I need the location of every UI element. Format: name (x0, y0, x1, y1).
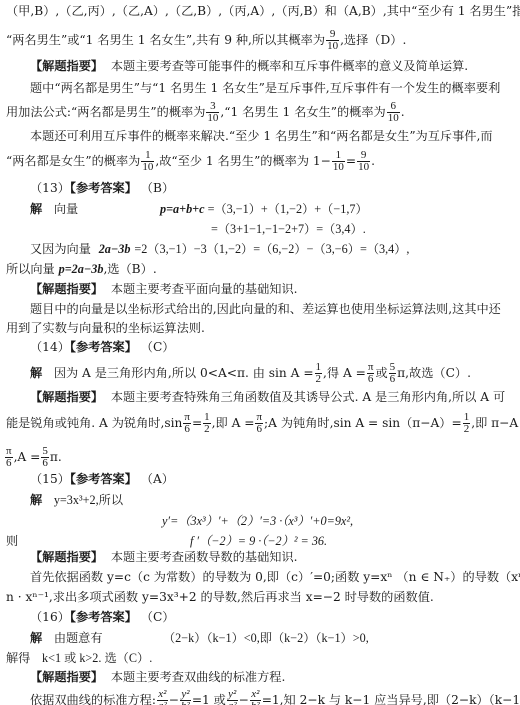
math-expr: p=a+b+c (160, 202, 205, 216)
denominator: 10 (206, 113, 219, 124)
text-span: . (401, 105, 405, 119)
solution-label: 解 (30, 202, 42, 216)
denominator: 6 (183, 424, 191, 435)
denominator: 6 (41, 458, 49, 469)
text-span: ,A = (14, 450, 41, 464)
denominator: a² (157, 701, 168, 705)
text-span: =1,知 2−k 与 k−1 应当异号,即（2−k）（k−1）<0. (262, 693, 520, 705)
text-span: − (239, 693, 249, 705)
math-expr: 2a−3b (99, 242, 131, 256)
fraction: x²b² (250, 689, 261, 705)
denominator: 2 (203, 424, 211, 435)
text-span: π. (50, 450, 62, 464)
text-line: 用到了实数与向量积的坐标运算法则. (6, 320, 205, 336)
text-span: 所以向量 (6, 262, 55, 276)
denominator: 6 (5, 458, 13, 469)
denominator: b² (180, 701, 191, 705)
solution-line: 解 因为 A 是三角形内角,所以 0<A<π. 由 sin A =12,得 A … (30, 362, 471, 385)
text-span: ,得 A = (323, 366, 366, 380)
tip-label: 【解题指要】 (30, 550, 103, 564)
tip-label: 【解题指要】 (30, 670, 103, 684)
question-number: （15） (30, 472, 70, 486)
denominator: 10 (326, 41, 339, 52)
tip-text: 本题主要考查等可能事件的概率和互斥事件概率的意义及简单运算. (111, 59, 468, 73)
text-span: 向量 (54, 202, 78, 216)
text-span: π,故选（C）. (397, 366, 471, 380)
fraction: 12 (463, 412, 471, 435)
fraction: 110 (332, 150, 345, 173)
text-line: 首先依据函数 y=c（c 为常数）的导数为 0,即（c）′=0;函数 y=xⁿ … (30, 569, 520, 585)
fraction: y²b² (180, 689, 191, 705)
tip-line: 【解题指要】 本题主要考查平面向量的基础知识. (30, 281, 298, 297)
text-line: “两名男生”或“1 名男生 1 名女生”,共有 9 种,所以其概率为910,选择… (6, 29, 406, 52)
text-span: ,即 A = (212, 416, 255, 430)
denominator: 10 (141, 162, 154, 173)
equation: y′=（3x³）′+（2）′=3 ·（x³）′+0=9x², (162, 513, 353, 529)
text-span: 又因为向量 (30, 242, 91, 256)
fraction: π6 (367, 362, 375, 385)
fraction: 610 (387, 101, 400, 124)
tip-line: 【解题指要】 本题主要考查等可能事件的概率和互斥事件概率的意义及简单运算. (30, 58, 468, 74)
math-expr: =2（3,−1）−3（1,−2）=（6,−2）−（3,−6）=（3,4）, (134, 242, 409, 256)
answer-label: 【参考答案】 (70, 610, 137, 624)
fraction: π6 (5, 446, 13, 469)
denominator: 2 (463, 424, 471, 435)
fraction: π6 (255, 412, 263, 435)
question-number: （13） (30, 181, 70, 195)
denominator: a² (227, 701, 238, 705)
tip-text: 本题主要考查双曲线的标准方程. (111, 670, 286, 684)
tip-label: 【解题指要】 (30, 282, 103, 296)
solution-line: 解 y=3x³+2,所以 (30, 492, 123, 508)
text-span: ,选（B）. (103, 262, 156, 276)
text-span: =1 或 (192, 693, 226, 705)
text-line: 用加法公式:“两名都是男生”的概率为310,“1 名男生 1 名女生”的概率为6… (6, 101, 405, 124)
text-span: 因为 A 是三角形内角,所以 0<A<π. 由 sin A = (54, 366, 314, 380)
text-span: ;A 为钝角时,sin A = sin（π−A）= (264, 416, 462, 430)
answer-value: （B） (141, 181, 174, 195)
denominator: 2 (315, 374, 323, 385)
equation: （2−k）（k−1）<0,即（k−2）（k−1）>0, (163, 630, 369, 646)
text-line: 题目中的向量是以坐标形式给出的,因此向量的和、差运算也使用坐标运算法则,这其中还 (30, 301, 501, 317)
answer-header-13: （13）【参考答案】 （B） (30, 180, 174, 196)
text-line: 本题还可利用互斥事件的概率来解决.“至少 1 名男生”和“两名都是女生”为互斥事… (30, 128, 493, 144)
tip-label: 【解题指要】 (30, 59, 103, 73)
text-span: ,故“至少 1 名男生”的概率为 1− (155, 154, 331, 168)
answer-value: （A） (141, 472, 174, 486)
text-span: = (192, 416, 202, 430)
text-span: = (346, 154, 356, 168)
text-span: 或 (375, 366, 387, 380)
answer-header-16: （16）【参考答案】 （C） (30, 609, 175, 625)
fraction: 910 (357, 150, 370, 173)
equation: =（3+1−1,−1−2+7）=（3,4）. (211, 221, 366, 237)
math-expr: =（3,−1）+（1,−2）+（−1,7） (208, 202, 368, 216)
question-number: （14） (30, 340, 70, 354)
text-line: “两名都是女生”的概率为110,故“至少 1 名男生”的概率为 1−110=91… (6, 150, 375, 173)
tip-text: 本题主要考查函数导数的基础知识. (111, 550, 298, 564)
tip-label: 【解题指要】 (30, 390, 103, 404)
fraction: 12 (203, 412, 211, 435)
text-line: 依据双曲线的标准方程:x²a²−y²b²=1 或y²a²−x²b²=1,知 2−… (30, 689, 520, 705)
text-line: 能是锐角或钝角. A 为锐角时,sinπ6=12,即 A =π6;A 为钝角时,… (6, 412, 520, 435)
text-span: ,即 π−A = (471, 416, 520, 430)
equation: p=a+b+c =（3,−1）+（1,−2）+（−1,7） (160, 201, 368, 217)
denominator: 10 (332, 162, 345, 173)
tip-text: 本题主要考查平面向量的基础知识. (111, 282, 298, 296)
fraction: 910 (326, 29, 339, 52)
text-line: π6,A =56π. (4, 446, 62, 469)
text-span: 能是锐角或钝角. A 为锐角时,sin (6, 416, 182, 430)
denominator: 10 (357, 162, 370, 173)
denominator: 6 (367, 374, 375, 385)
fraction: 12 (315, 362, 323, 385)
text-line: 解得 k<1 或 k>2. 选（C）. (6, 650, 152, 666)
text-span: − (169, 693, 179, 705)
answer-label: 【参考答案】 (70, 340, 137, 354)
denominator: 10 (387, 113, 400, 124)
text-line: 题中“两名都是男生”与“1 名男生 1 名女生”是互斥事件,互斥事件有一个发生的… (30, 80, 500, 96)
math-expr: k<1 或 k>2. 选（C）. (42, 651, 152, 665)
fraction: x²a² (157, 689, 168, 705)
denominator: b² (250, 701, 261, 705)
tip-line: 【解题指要】 本题主要考查函数导数的基础知识. (30, 549, 298, 565)
denominator: 6 (255, 424, 263, 435)
answer-header-15: （15）【参考答案】 （A） (30, 471, 174, 487)
answer-label: 【参考答案】 (70, 181, 137, 195)
math-expr: p=2a−3b (59, 262, 104, 276)
text-span: “两名都是女生”的概率为 (6, 154, 140, 168)
text-span: 用加法公式:“两名都是男生”的概率为 (6, 105, 205, 119)
text-span: 解得 (6, 651, 30, 665)
question-number: （16） (30, 610, 70, 624)
text-span: 由题意有 (54, 631, 103, 645)
text-span: y=3x³+2,所以 (54, 493, 123, 507)
answer-value: （C） (141, 340, 175, 354)
text-span: 则 (6, 533, 18, 549)
solution-label: 解 (30, 493, 42, 507)
fraction: 110 (141, 150, 154, 173)
fraction: π6 (183, 412, 191, 435)
denominator: 6 (389, 374, 397, 385)
fraction: 56 (389, 362, 397, 385)
text-line: 又因为向量 2a−3b =2（3,−1）−3（1,−2）=（6,−2）−（3,−… (30, 241, 409, 257)
answer-value: （C） (141, 610, 175, 624)
solution-line: 解 向量 (30, 201, 78, 217)
text-span: 依据双曲线的标准方程: (30, 693, 156, 705)
solution-label: 解 (30, 631, 42, 645)
tip-line: 【解题指要】 本题主要考查特殊角三角函数值及其诱导公式. A 是三角形内角,所以… (30, 389, 505, 405)
text-span: “两名男生”或“1 名男生 1 名女生”,共有 9 种,所以其概率为 (6, 33, 325, 47)
fraction: y²a² (227, 689, 238, 705)
answer-header-14: （14）【参考答案】 （C） (30, 339, 175, 355)
text-line: 所以向量 p=2a−3b,选（B）. (6, 261, 157, 277)
solution-line: 解 由题意有 (30, 630, 103, 646)
answer-label: 【参考答案】 (70, 472, 137, 486)
text-line: （甲,B）,（乙,丙）,（乙,A）,（乙,B）,（丙,A）,（丙,B）和（A,B… (6, 3, 520, 19)
tip-line: 【解题指要】 本题主要考查双曲线的标准方程. (30, 669, 285, 685)
fraction: 56 (41, 446, 49, 469)
text-line: n · xⁿ⁻¹,求出多项式函数 y=3x³+2 的导数,然后再求当 x=−2 … (6, 589, 434, 605)
fraction: 310 (206, 101, 219, 124)
text-span: . (371, 154, 375, 168)
text-span: ,选择（D）. (340, 33, 406, 47)
solution-label: 解 (30, 366, 42, 380)
text-span: ,“1 名男生 1 名女生”的概率为 (220, 105, 385, 119)
tip-text: 本题主要考查特殊角三角函数值及其诱导公式. A 是三角形内角,所以 A 可 (111, 390, 505, 404)
equation: f ′（−2）= 9 ·（−2）² = 36. (190, 533, 327, 549)
